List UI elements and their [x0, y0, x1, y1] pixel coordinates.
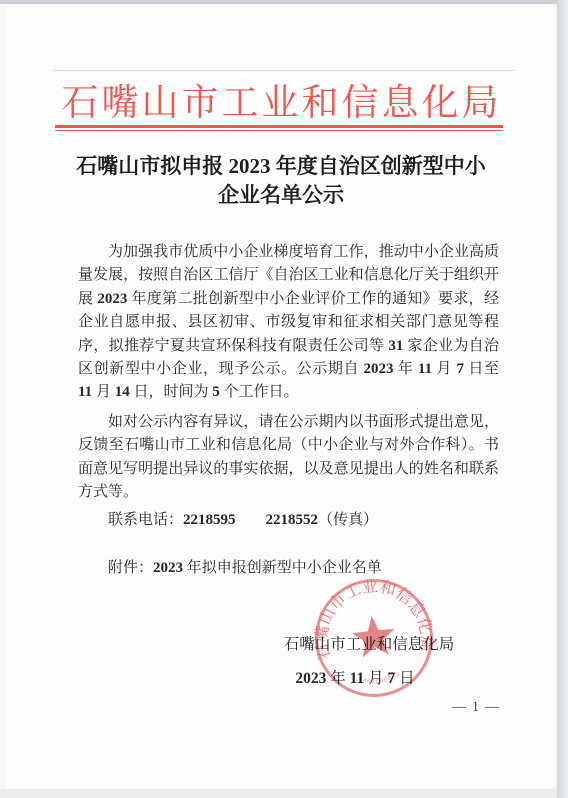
letterhead-rule-top [52, 70, 514, 71]
scanned-document: 石嘴山市工业和信息化局 石嘴山市拟申报 2023 年度自治区创新型中小企业名单公… [0, 0, 568, 798]
seal-code: 6402000063 [357, 670, 402, 687]
document-page: 石嘴山市工业和信息化局 石嘴山市拟申报 2023 年度自治区创新型中小企业名单公… [6, 4, 557, 789]
letterhead-org-name: 石嘴山市工业和信息化局 [6, 72, 557, 126]
letterhead-double-rule-thin [55, 130, 503, 131]
official-seal-icon: 石嘴山市工业和信息化局 6402000063 [306, 570, 442, 706]
notice-paragraph-1: 为加强我市优质中小企业梯度培育工作，推动中小企业高质量发展，按照自治区工信厅《自… [78, 241, 499, 405]
svg-text:6402000063: 6402000063 [357, 670, 402, 687]
letterhead-double-rule-thick [55, 125, 503, 128]
seal-star-icon [351, 614, 398, 659]
page-number: — 1 — [431, 699, 521, 716]
notice-body: 为加强我市优质中小企业梯度培育工作，推动中小企业高质量发展，按照自治区工信厅《自… [78, 241, 499, 580]
notice-paragraph-2: 如对公示内容有异议，请在公示期内以书面形式提出意见，反馈至石嘴山市工业和信息化局… [78, 411, 499, 505]
scan-right-edge [557, 0, 568, 798]
scan-bottom-edge [0, 789, 568, 798]
attachment-line: 附件：2023 年拟申报创新型中小企业名单 [78, 557, 499, 580]
notice-title: 石嘴山市拟申报 2023 年度自治区创新型中小企业名单公示 [71, 152, 491, 210]
contact-phone-line: 联系电话：2218595 2218552（传真） [78, 509, 499, 532]
